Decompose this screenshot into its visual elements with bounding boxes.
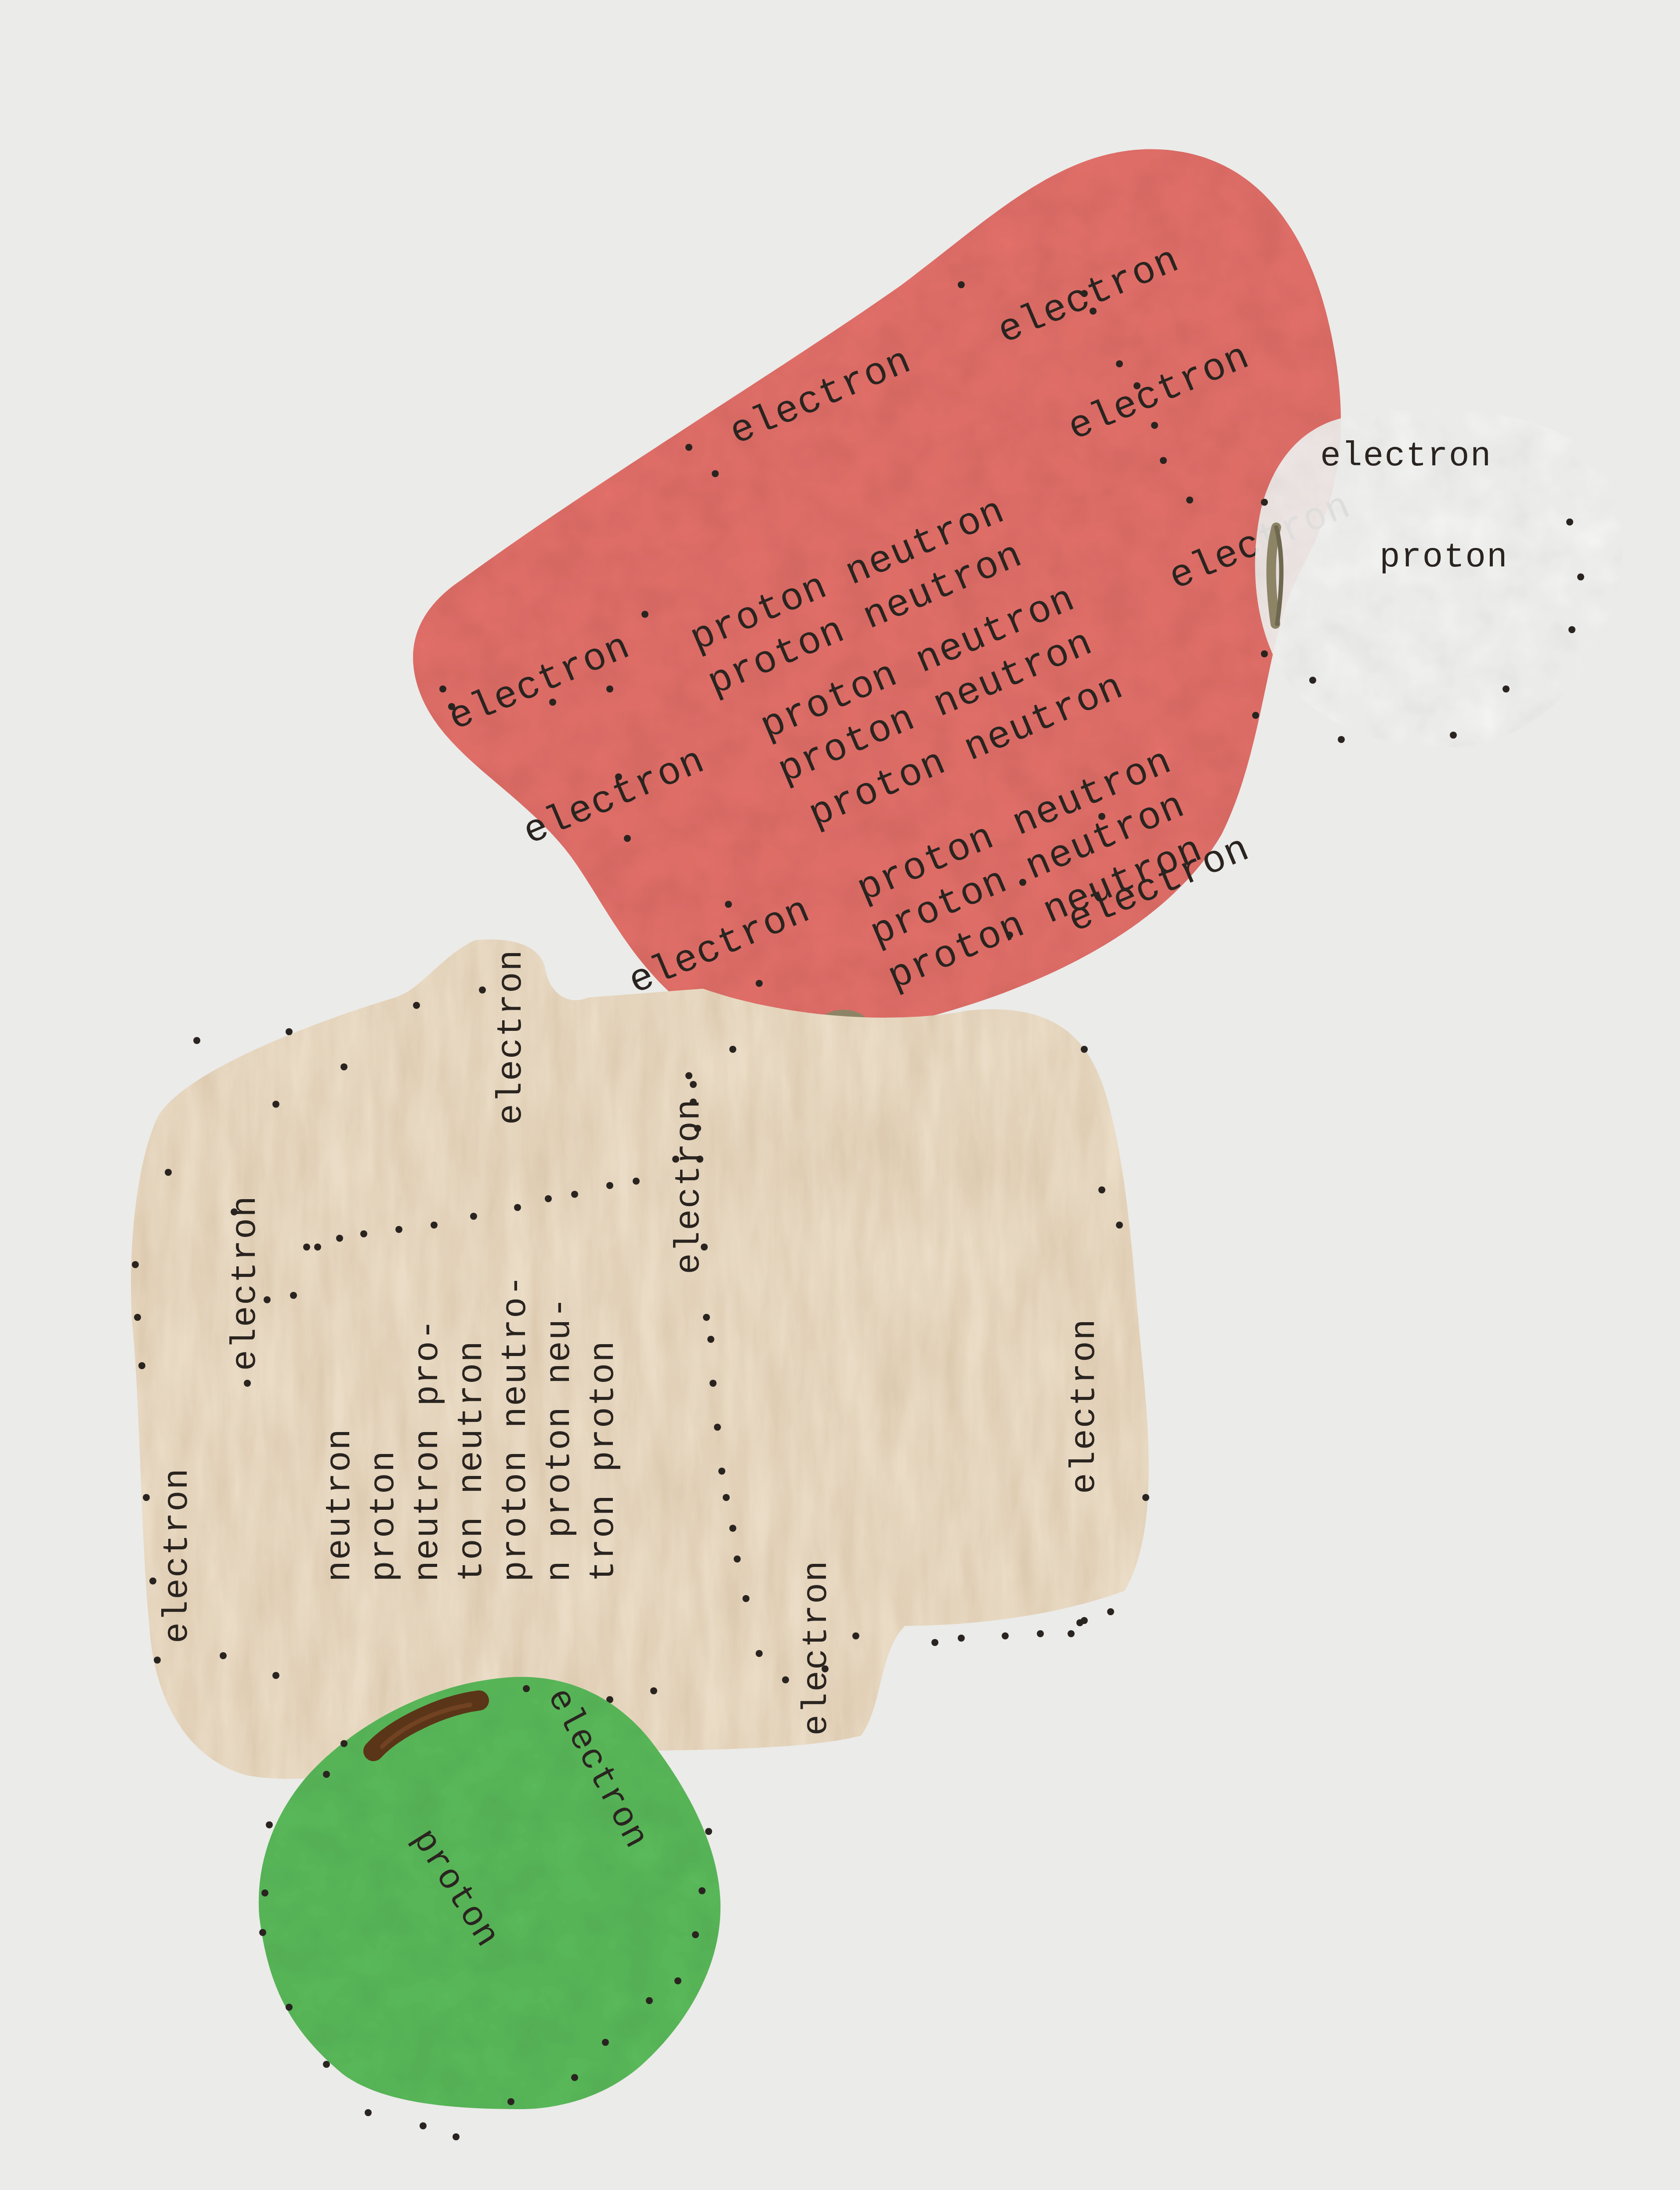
orbit-dot [571, 2074, 578, 2081]
orbit-dot [523, 1685, 530, 1692]
orbit-dot [646, 1997, 653, 2004]
orbit-dot [699, 1887, 706, 1894]
orbit-dot [259, 1929, 266, 1936]
orbit-dot [340, 1740, 348, 1747]
orbit-dot [266, 1821, 273, 1828]
orbit-dot [286, 2004, 293, 2011]
orbit-dot [365, 2109, 372, 2116]
orbit-dot [692, 1931, 699, 1938]
orbit-dot [507, 2098, 514, 2105]
orbit-dot [602, 2039, 609, 2046]
orbit-dot [674, 1977, 681, 1984]
orbit-dot [323, 2061, 330, 2068]
green-paper-shape [0, 0, 1680, 2190]
orbit-dot [705, 1828, 712, 1835]
orbit-dot [420, 2122, 427, 2129]
orbit-dot [453, 2133, 460, 2140]
orbit-dot [323, 1771, 330, 1778]
green-paper-piece: electron proton [0, 0, 1680, 2190]
orbit-dot [261, 1889, 268, 1896]
